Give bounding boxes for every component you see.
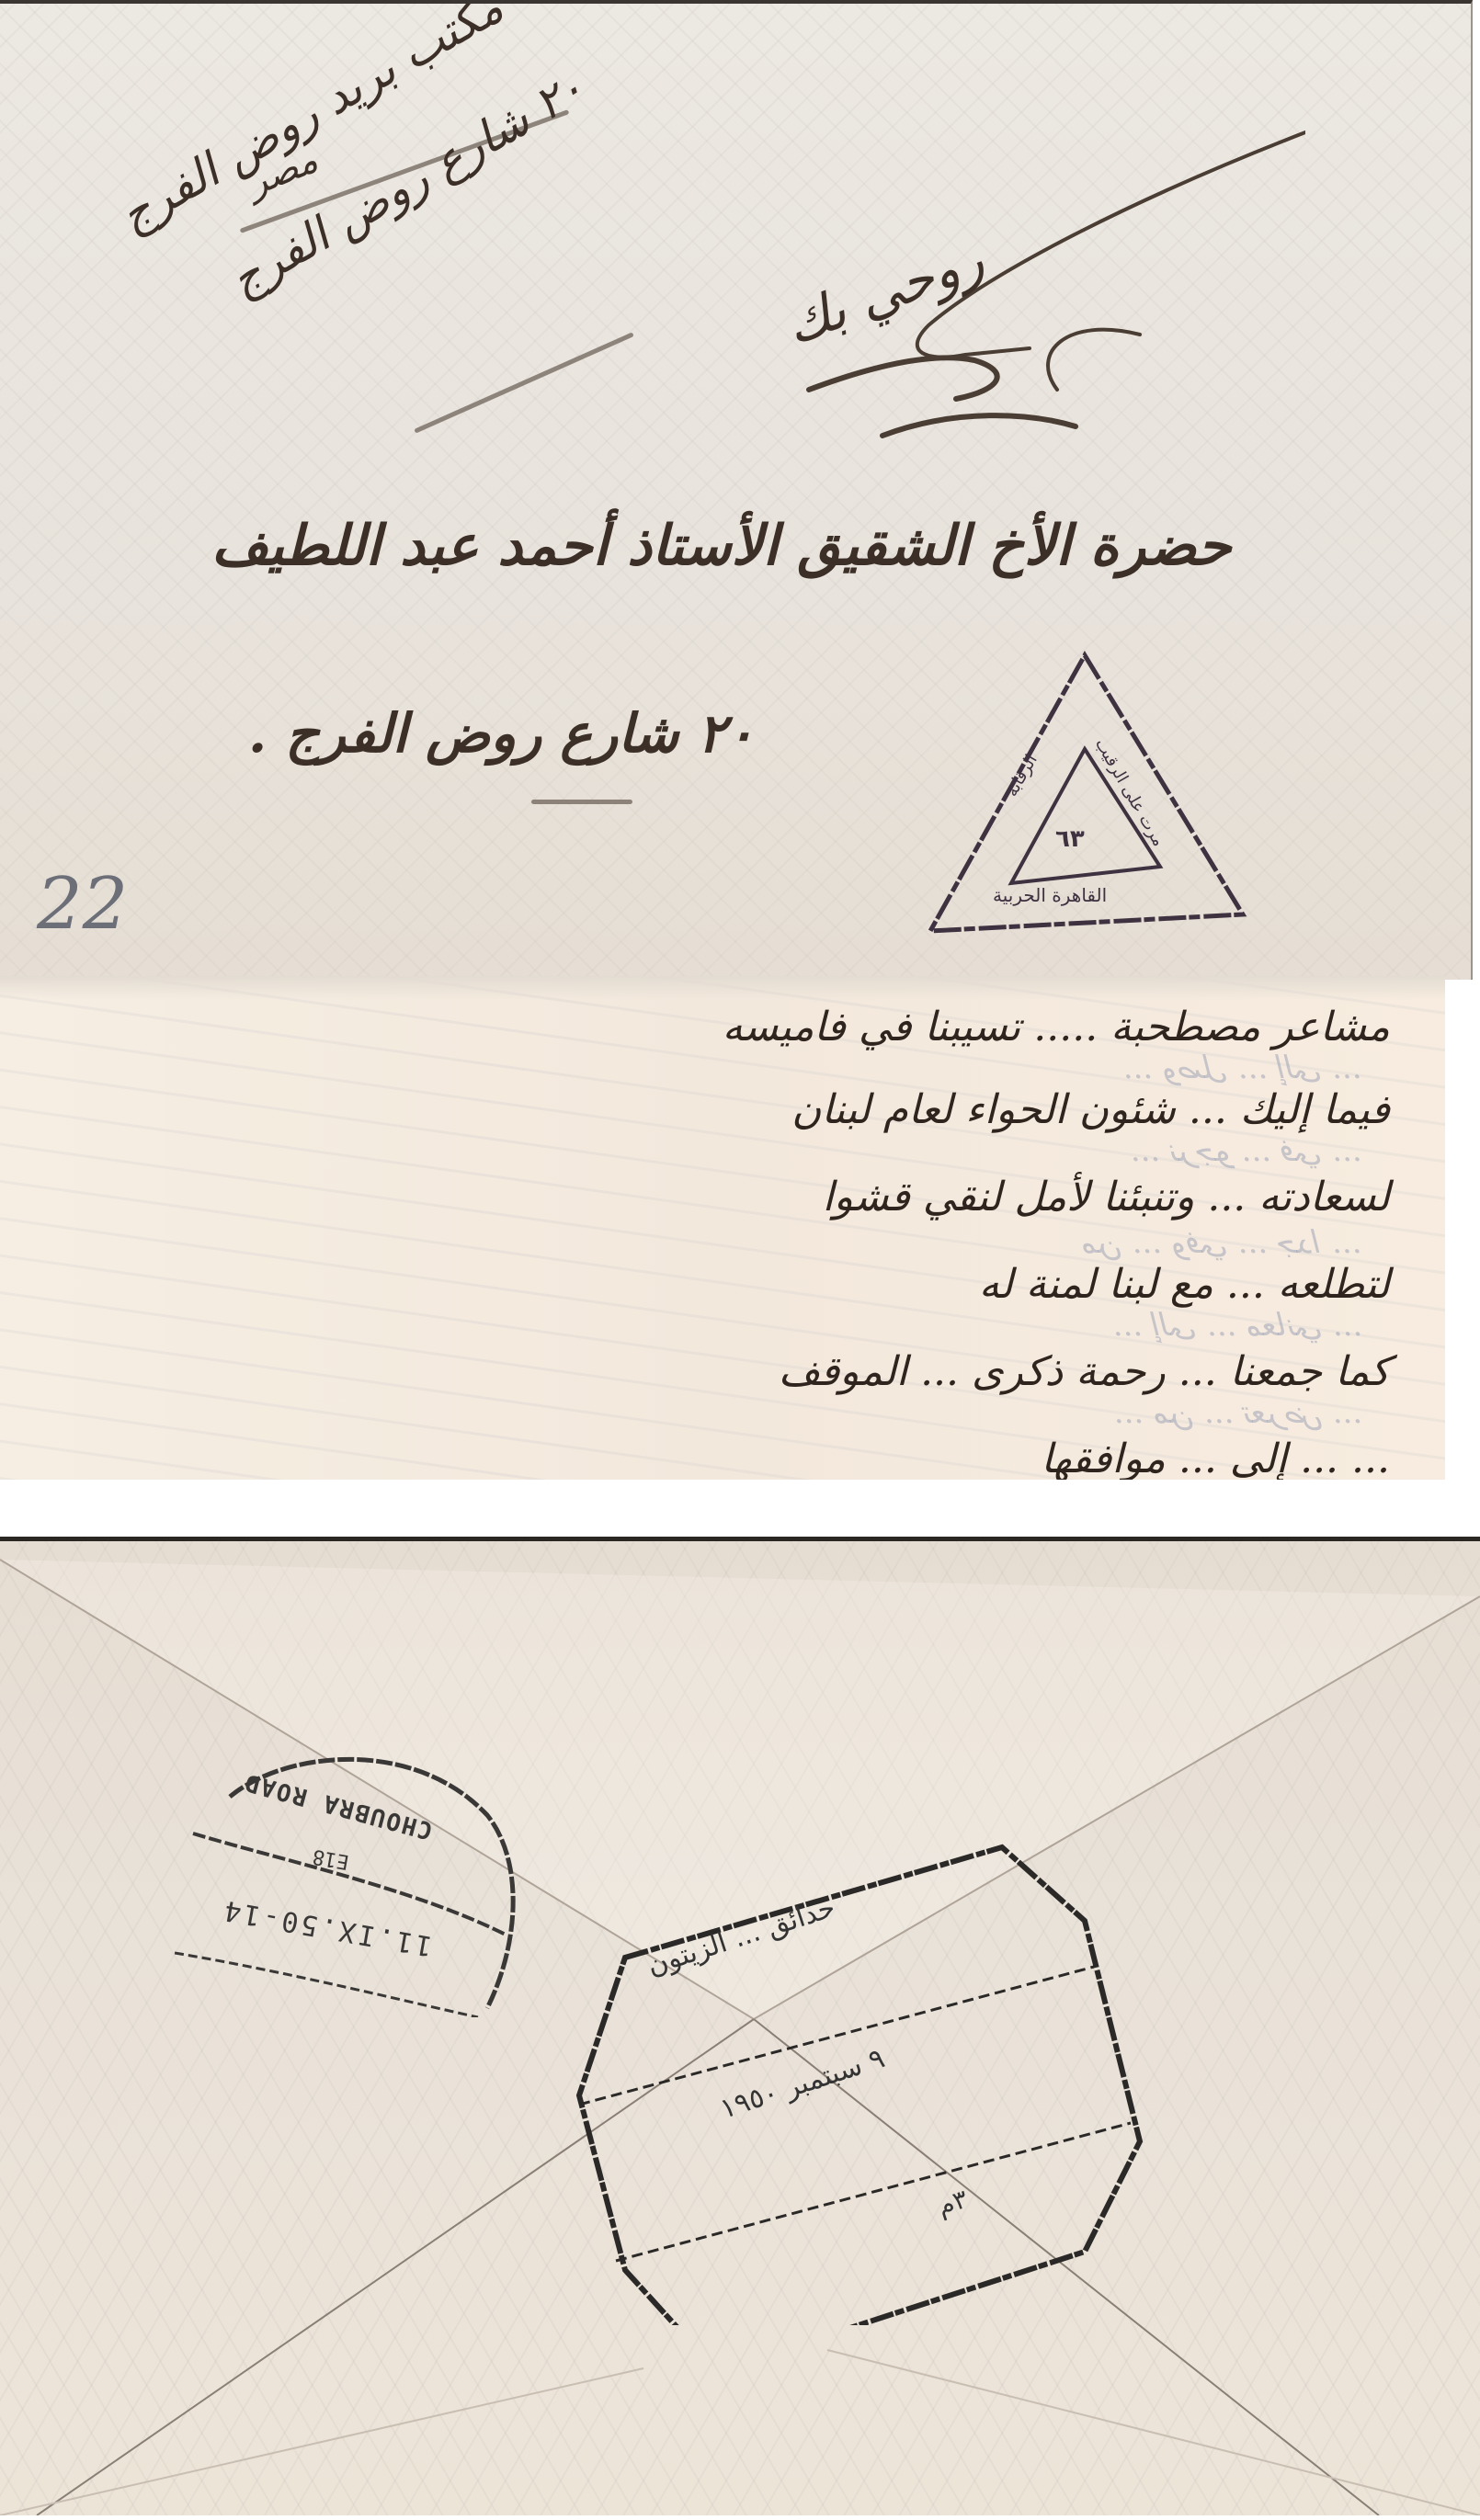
bleed-through-line: ... إلى ... معاني ... [1113, 1307, 1362, 1344]
envelope-front: مصر مكتب بريد روض الفرج ٢٠ شارع روض الفر… [0, 0, 1473, 980]
bleed-through-line: ... وصل ... إلى ... [1123, 1050, 1362, 1086]
recipient-address-line: ٢٠ شارع روض الفرج . [248, 702, 755, 765]
fold-shadow [0, 976, 1445, 1000]
censor-stamp-bottom-text: القاهرة الحربية [993, 884, 1107, 906]
pencil-number: 22 [37, 863, 128, 946]
bleed-through-line: ... من ... وفي ... جدا [1082, 1224, 1362, 1261]
round-postmark [175, 1742, 524, 2017]
letter-line: لتطلعه ... مع لبنا لمنة له [979, 1261, 1390, 1308]
letter-line: فيما إليك ... شئون الحواء لعام لبنان [791, 1086, 1390, 1133]
letter-excerpt: ... وصل ... إلى ... ... نرجو ... في ... … [0, 976, 1445, 1480]
letter-line: لسعادته ... وتنبئنا لأمل لنقي قشوا [823, 1174, 1390, 1220]
letter-line: ... ... إلى ... موافقها [1041, 1436, 1390, 1480]
underline [414, 332, 634, 433]
bleed-through-line: ... نرجو ... في ... [1131, 1132, 1362, 1169]
underline [531, 800, 632, 804]
recipient-name-line: حضرة الأخ الشقيق الأستاذ أحمد عبد اللطيف [211, 514, 1231, 578]
letter-line: مشاعر مصطحبة ..... تسيبنا في فاميسه [723, 1004, 1390, 1050]
censor-stamp-number: ٦٣ [1055, 825, 1085, 853]
bleed-through-line: ... من ... تعرض ... [1114, 1394, 1362, 1431]
letter-line: كما جمعنا ... رحمة ذكرى ... الموقف [779, 1348, 1390, 1395]
